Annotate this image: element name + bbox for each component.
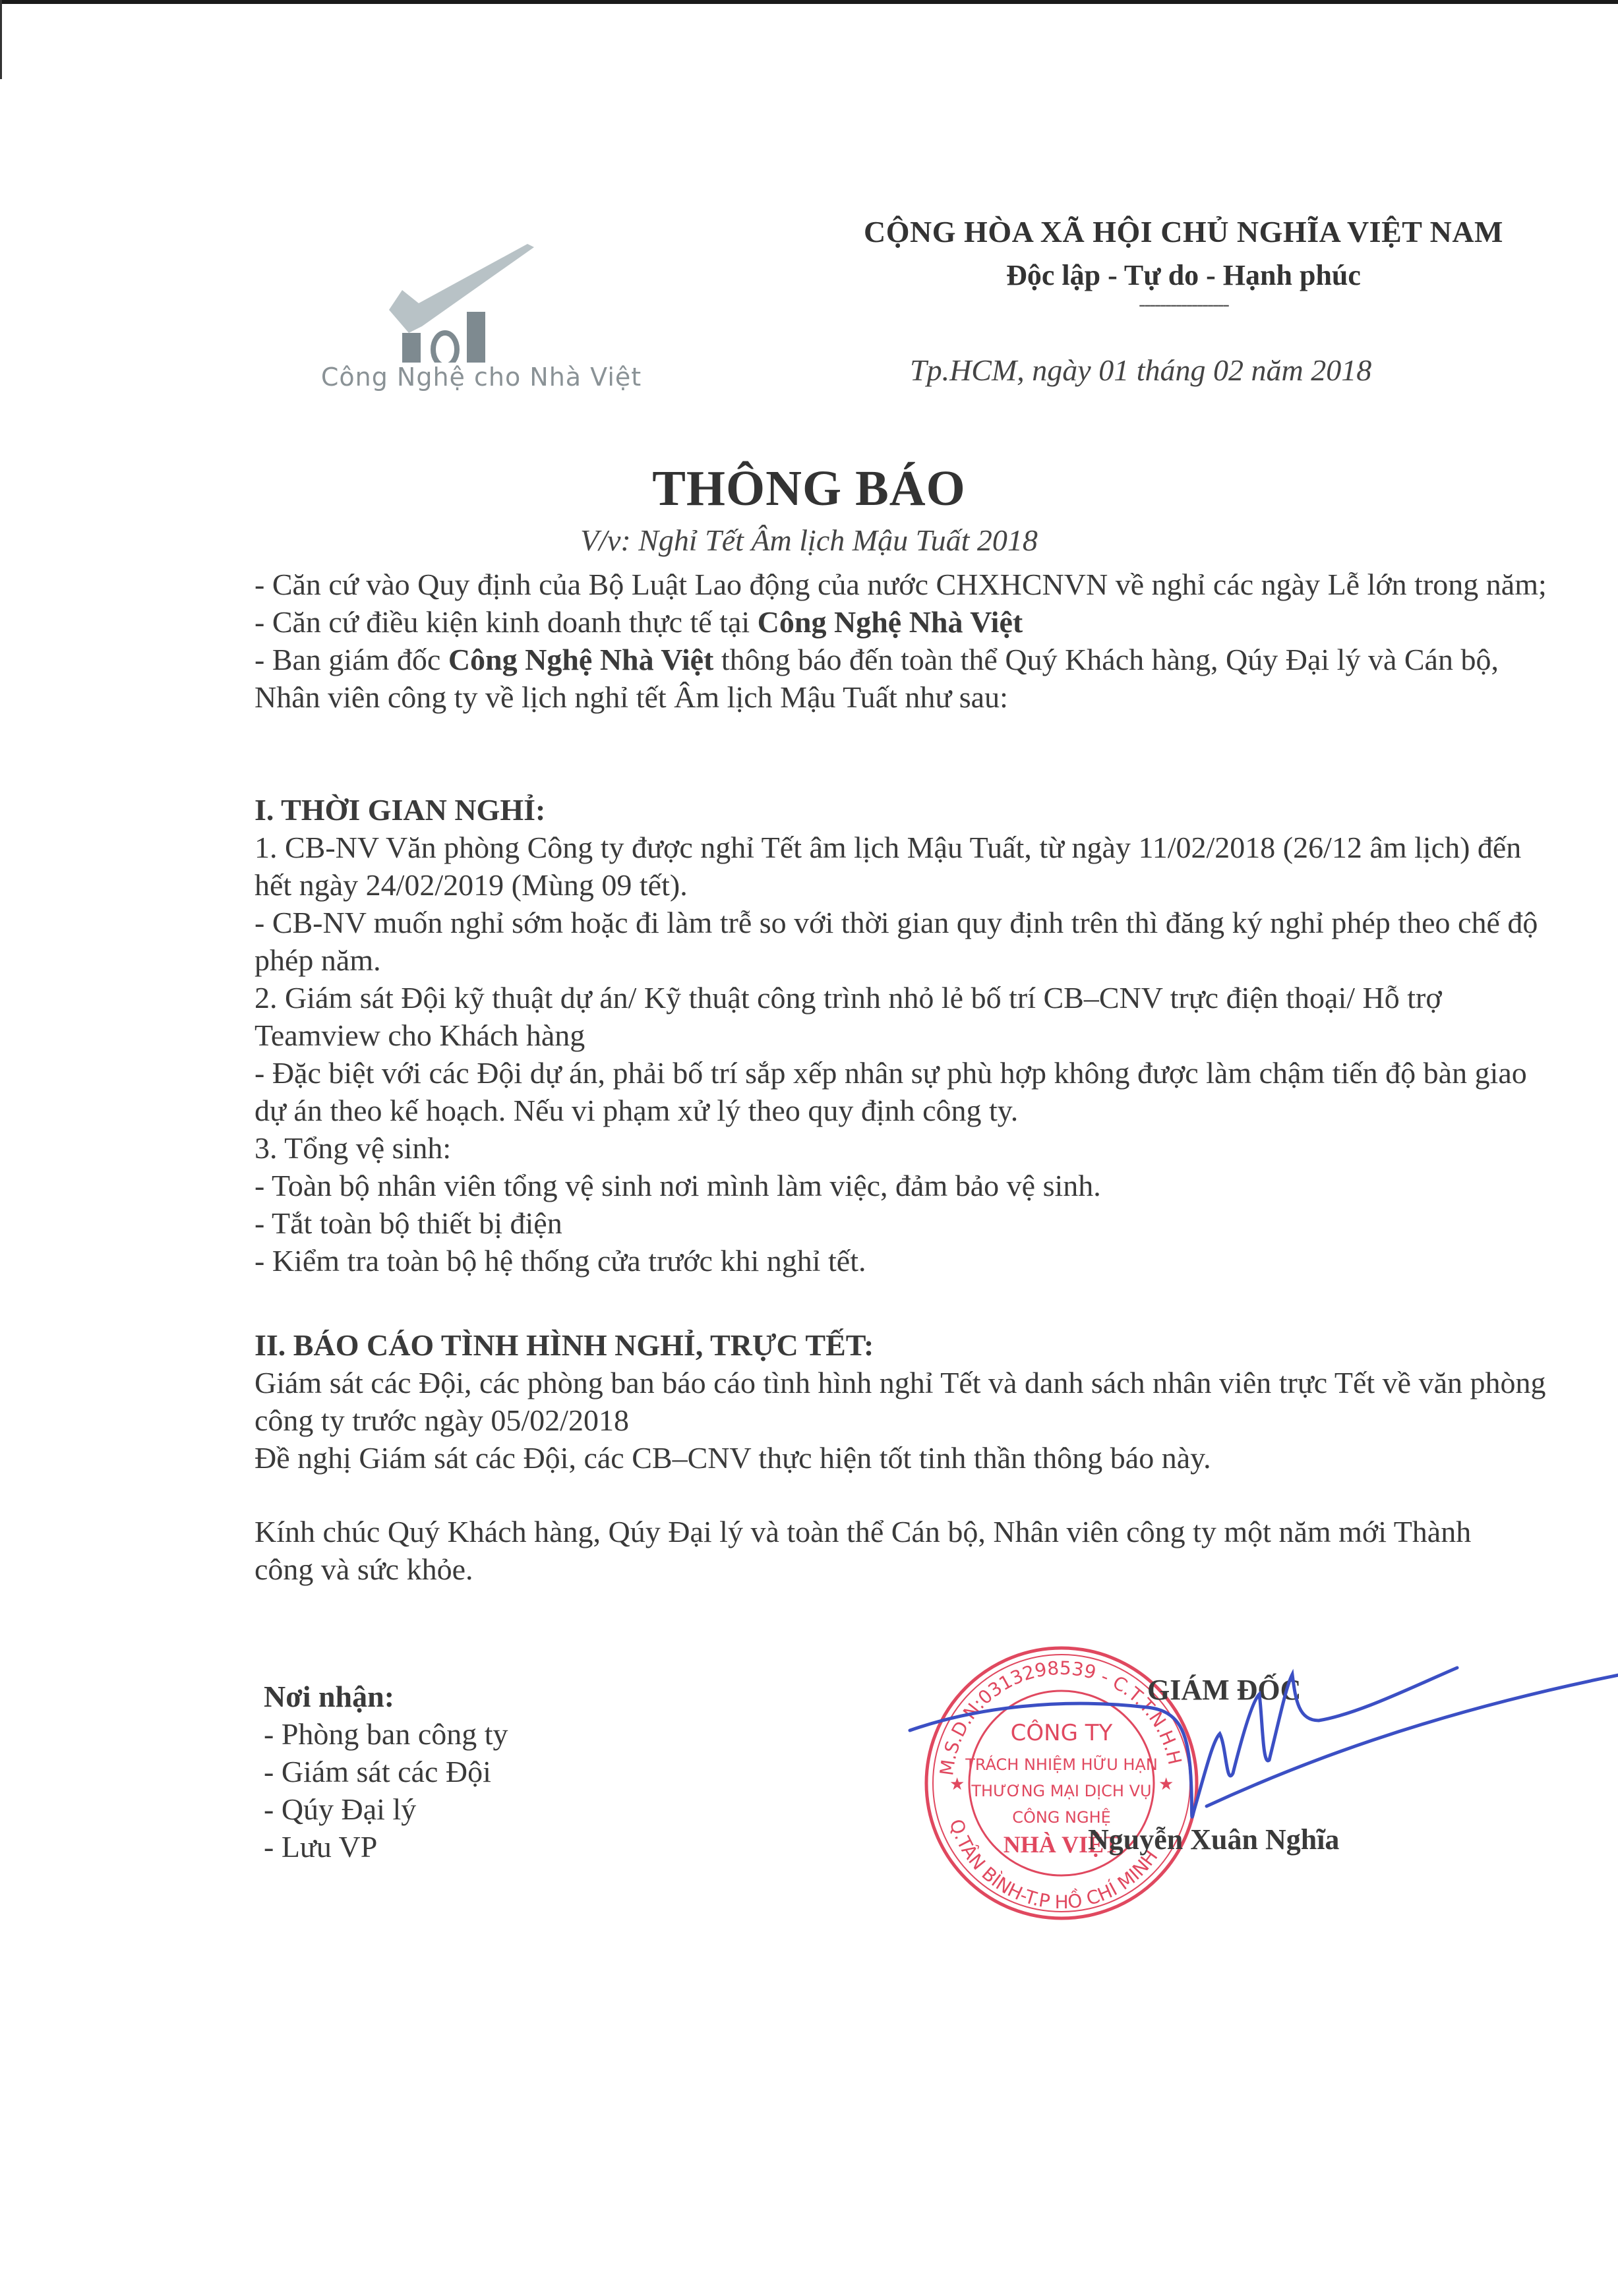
recipients-heading: Nơi nhận: [264,1678,508,1715]
section-line: - CB-NV muốn nghỉ sớm hoặc đi làm trễ so… [255,904,1547,979]
preamble-line: - Ban giám đốc Công Nghệ Nhà Việt thông … [255,641,1547,716]
section-line: Giám sát các Đội, các phòng ban báo cáo … [255,1364,1547,1439]
recipient-item: - Qúy Đại lý [264,1790,508,1828]
svg-text:★: ★ [1158,1775,1174,1794]
document-subtitle: V/v: Nghỉ Tết Âm lịch Mậu Tuất 2018 [0,523,1618,558]
section-heading: I. THỜI GIAN NGHỈ: [255,791,1547,829]
stamp-line: THƯƠNG MẠI DỊCH VỤ [971,1782,1151,1800]
company-name: Công Nghệ Nhà Việt [448,643,714,676]
preamble-line: - Căn cứ vào Quy định của Bộ Luật Lao độ… [255,566,1547,603]
company-logo: Công Nghệ cho Nhà Việt [310,218,653,402]
document-title: THÔNG BÁO [0,460,1618,517]
checkmark-house-logo-icon [310,218,653,363]
section-line: - Kiểm tra toàn bộ hệ thống cửa trước kh… [255,1242,1547,1280]
section-report: II. BÁO CÁO TÌNH HÌNH NGHỈ, TRỰC TẾT: Gi… [255,1326,1547,1477]
logo-caption: Công Nghệ cho Nhà Việt [310,363,653,392]
scan-edge [0,0,1618,4]
section-line: 1. CB-NV Văn phòng Công ty được nghỉ Tết… [255,829,1547,904]
recipient-item: - Giám sát các Đội [264,1753,508,1790]
recipient-item: - Phòng ban công ty [264,1715,508,1753]
company-name: Công Nghệ Nhà Việt [758,605,1023,639]
section-line: - Toàn bộ nhân viên tổng vệ sinh nơi mìn… [255,1167,1547,1204]
signer-title: GIÁM ĐỐC [1147,1673,1301,1707]
section-leave-time: I. THỜI GIAN NGHỈ: 1. CB-NV Văn phòng Cô… [255,791,1547,1280]
preamble: - Căn cứ vào Quy định của Bộ Luật Lao độ… [255,566,1547,716]
closing-wishes: Kính chúc Quý Khách hàng, Qúy Đại lý và … [255,1513,1520,1588]
recipient-item: - Lưu VP [264,1828,508,1866]
stamp-line: CÔNG TY [1011,1719,1113,1746]
national-motto-line2: Độc lập - Tự do - Hạnh phúc [804,258,1563,292]
national-motto-line1: CỘNG HÒA XÃ HỘI CHỦ NGHĨA VIỆT NAM [804,214,1563,249]
section-line: 3. Tổng vệ sinh: [255,1129,1547,1167]
scan-edge-left [0,0,2,79]
preamble-line: - Căn cứ điều kiện kinh doanh thực tế tạ… [255,603,1547,641]
recipients-block: Nơi nhận: - Phòng ban công ty - Giám sát… [264,1678,508,1866]
svg-text:★: ★ [949,1775,965,1794]
header-separator: ----------------- [804,293,1563,316]
section-heading: II. BÁO CÁO TÌNH HÌNH NGHỈ, TRỰC TẾT: [255,1326,1547,1364]
section-line: Đề nghị Giám sát các Đội, các CB–CNV thự… [255,1439,1547,1477]
stamp-line: TRÁCH NHIỆM HỮU HẠN [965,1754,1158,1774]
dateline: Tp.HCM, ngày 01 tháng 02 năm 2018 [910,353,1371,388]
section-line: - Đặc biệt với các Đội dự án, phải bố tr… [255,1054,1547,1129]
signer-name: Nguyễn Xuân Nghĩa [1088,1823,1339,1856]
national-header: CỘNG HÒA XÃ HỘI CHỦ NGHĨA VIỆT NAM Độc l… [804,214,1563,316]
section-line: - Tắt toàn bộ thiết bị điện [255,1204,1547,1242]
section-line: 2. Giám sát Đội kỹ thuật dự án/ Kỹ thuật… [255,979,1547,1054]
